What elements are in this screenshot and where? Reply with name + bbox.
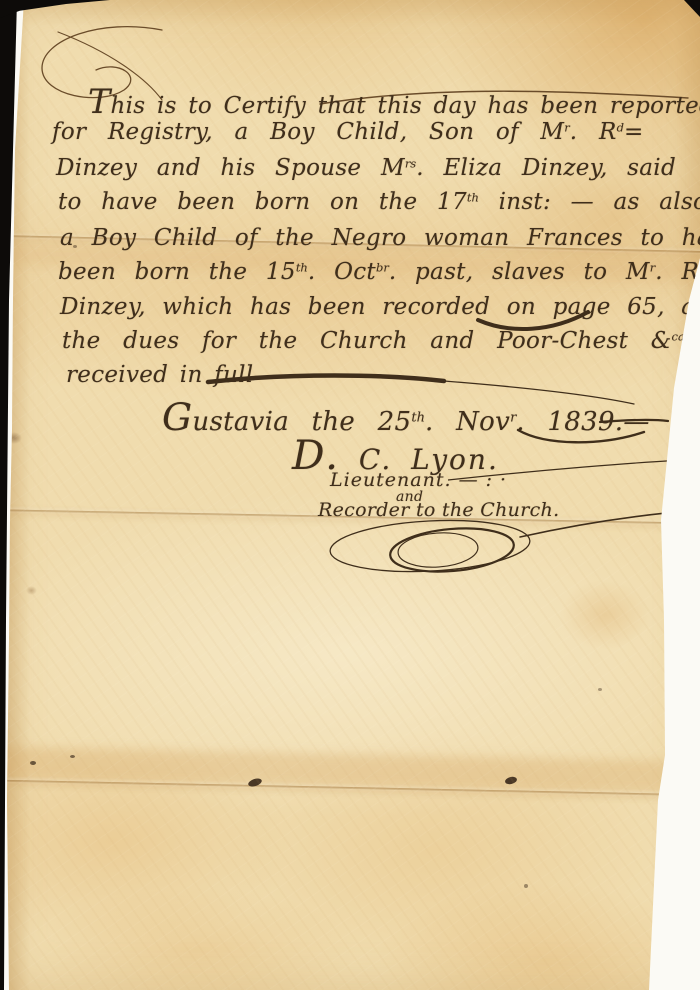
- handwritten-line: for Registry, a Boy Child, Son of Mr. Rd…: [52, 120, 644, 144]
- handwritten-line: Gustavia the 25th. Novr. 1839.—: [162, 398, 650, 438]
- handwritten-line: the dues for the Church and Poor-Chest &…: [62, 329, 685, 353]
- handwritten-line: Recorder to the Church.: [318, 501, 559, 521]
- handwritten-line: to have been born on the 17th inst: — as…: [58, 190, 700, 214]
- handwritten-lines: This is to Certify that this day has bee…: [0, 0, 700, 990]
- paper-sheet: This is to Certify that this day has bee…: [0, 0, 700, 990]
- handwritten-line: been born the 15th. Octbr. past, slaves …: [58, 260, 700, 284]
- handwritten-line: a Boy Child of the Negro woman Frances t…: [60, 226, 700, 250]
- handwritten-line: Lieutenant. — : ·: [330, 471, 507, 491]
- handwritten-line: received in full: [66, 363, 253, 387]
- handwritten-line: Dinzey and his Spouse Mrs. Eliza Dinzey,…: [56, 156, 676, 180]
- scanned-document: This is to Certify that this day has bee…: [0, 0, 700, 990]
- handwritten-line: This is to Certify that this day has bee…: [88, 84, 700, 119]
- handwritten-line: Dinzey, which has been recorded on page …: [60, 295, 700, 319]
